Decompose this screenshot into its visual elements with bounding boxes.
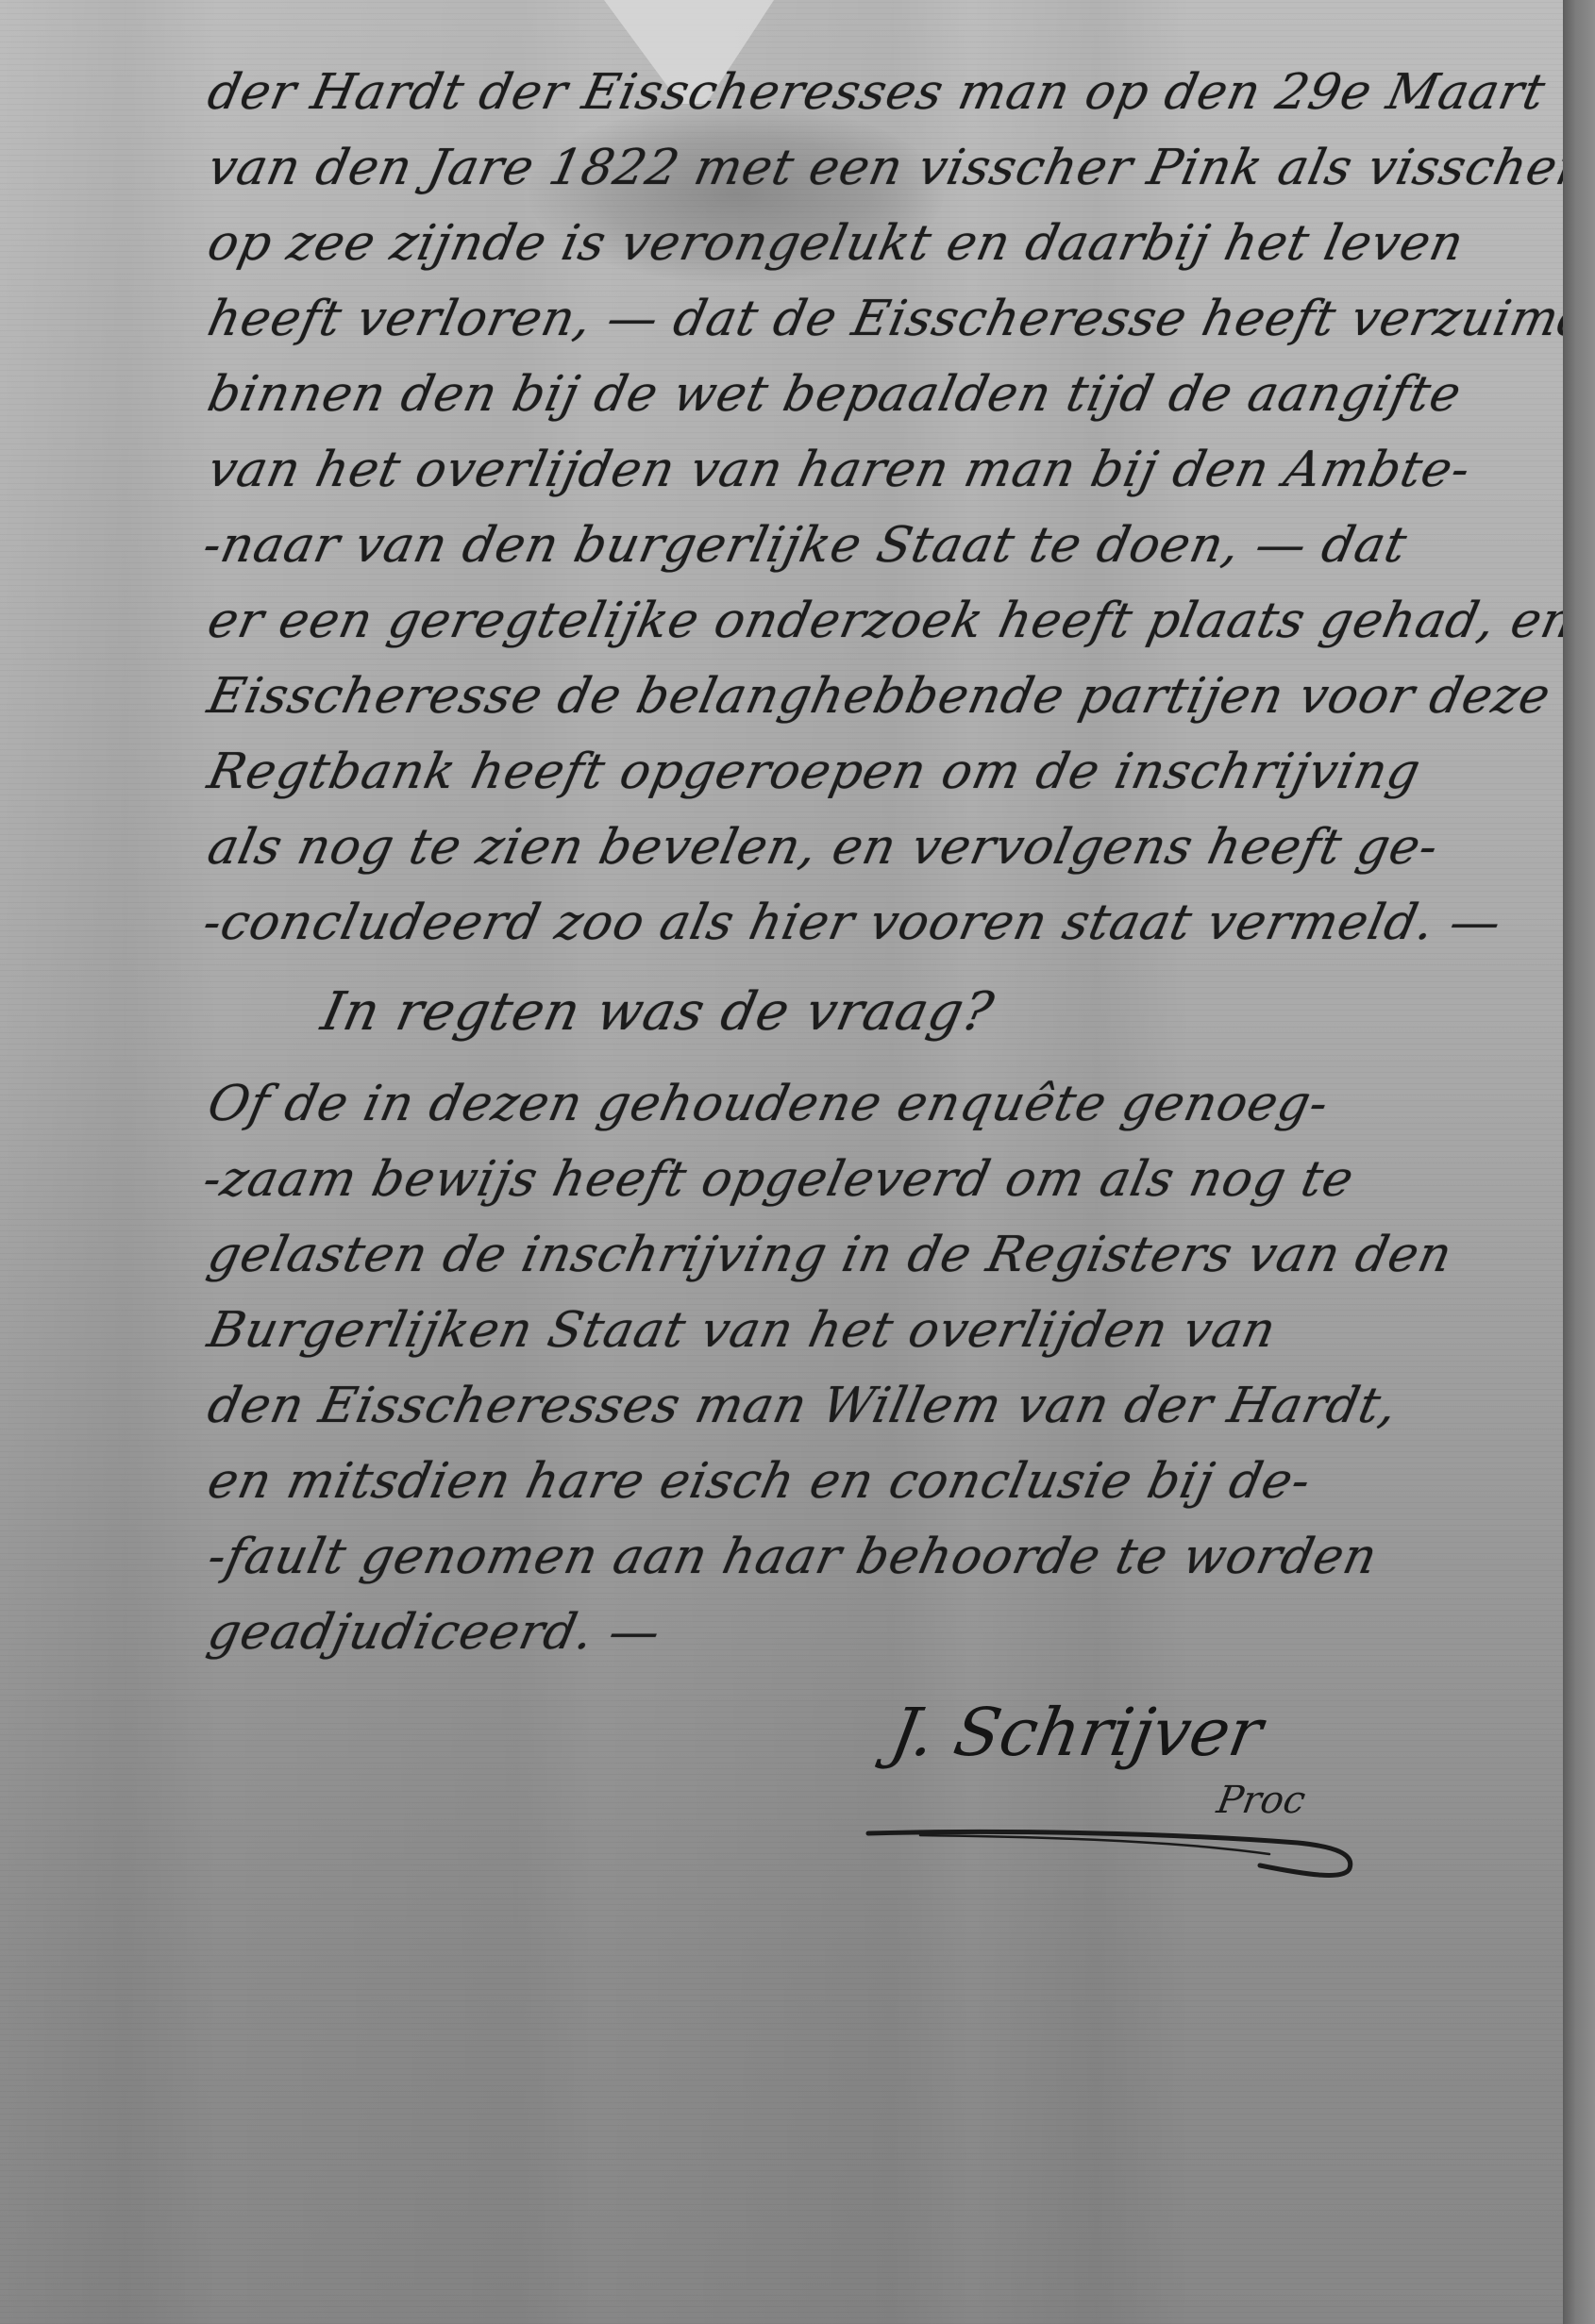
manuscript-line: Of de in dezen gehoudene enquête genoeg-: [203, 1076, 1334, 1132]
manuscript-line: der Hardt der Eisscheresses man op den 2…: [203, 64, 1551, 121]
manuscript-page: der Hardt der Eisscheresses man op den 2…: [0, 0, 1567, 2324]
manuscript-line: -naar van den burgerlijke Staat te doen,…: [198, 517, 1412, 574]
signature-underline-flourish: [864, 1816, 1392, 1892]
manuscript-line: den Eisscheresses man Willem van der Har…: [203, 1378, 1402, 1434]
manuscript-line: als nog te zien bevelen, en vervolgens h…: [203, 819, 1444, 876]
manuscript-line: Eisscheresse de belanghebbende partijen …: [203, 668, 1555, 725]
manuscript-line: -concludeerd zoo als hier vooren staat v…: [198, 894, 1506, 951]
section-heading-line: In regten was de vraag?: [316, 981, 999, 1043]
manuscript-line: van het overlijden van haren man bij den…: [203, 442, 1476, 498]
manuscript-line: geadjudiceerd. —: [203, 1604, 666, 1661]
manuscript-line: -zaam bewijs heeft opgeleverd om als nog…: [198, 1151, 1359, 1208]
page-right-edge: [1563, 0, 1595, 2324]
manuscript-line: van den Jare 1822 met een visscher Pink …: [203, 140, 1567, 196]
manuscript-line: heeft verloren, — dat de Eisscheresse he…: [203, 291, 1567, 347]
manuscript-line: en mitsdien hare eisch en conclusie bij …: [203, 1453, 1316, 1510]
manuscript-line: op zee zijnde is verongelukt en daarbij …: [203, 215, 1469, 272]
signature-name: J. Schrijver: [885, 1694, 1268, 1771]
manuscript-line: -fault genomen aan haar behoorde te word…: [203, 1529, 1383, 1585]
manuscript-line: Regtbank heeft opgeroepen om de inschrij…: [203, 744, 1426, 800]
manuscript-line: gelasten de inschrijving in de Registers…: [203, 1227, 1457, 1283]
manuscript-line: binnen den bij de wet bepaalden tijd de …: [203, 366, 1467, 423]
manuscript-line: er een geregtelijke onderzoek heeft plaa…: [203, 593, 1567, 649]
manuscript-line: Burgerlijken Staat van het overlijden va…: [203, 1302, 1282, 1359]
